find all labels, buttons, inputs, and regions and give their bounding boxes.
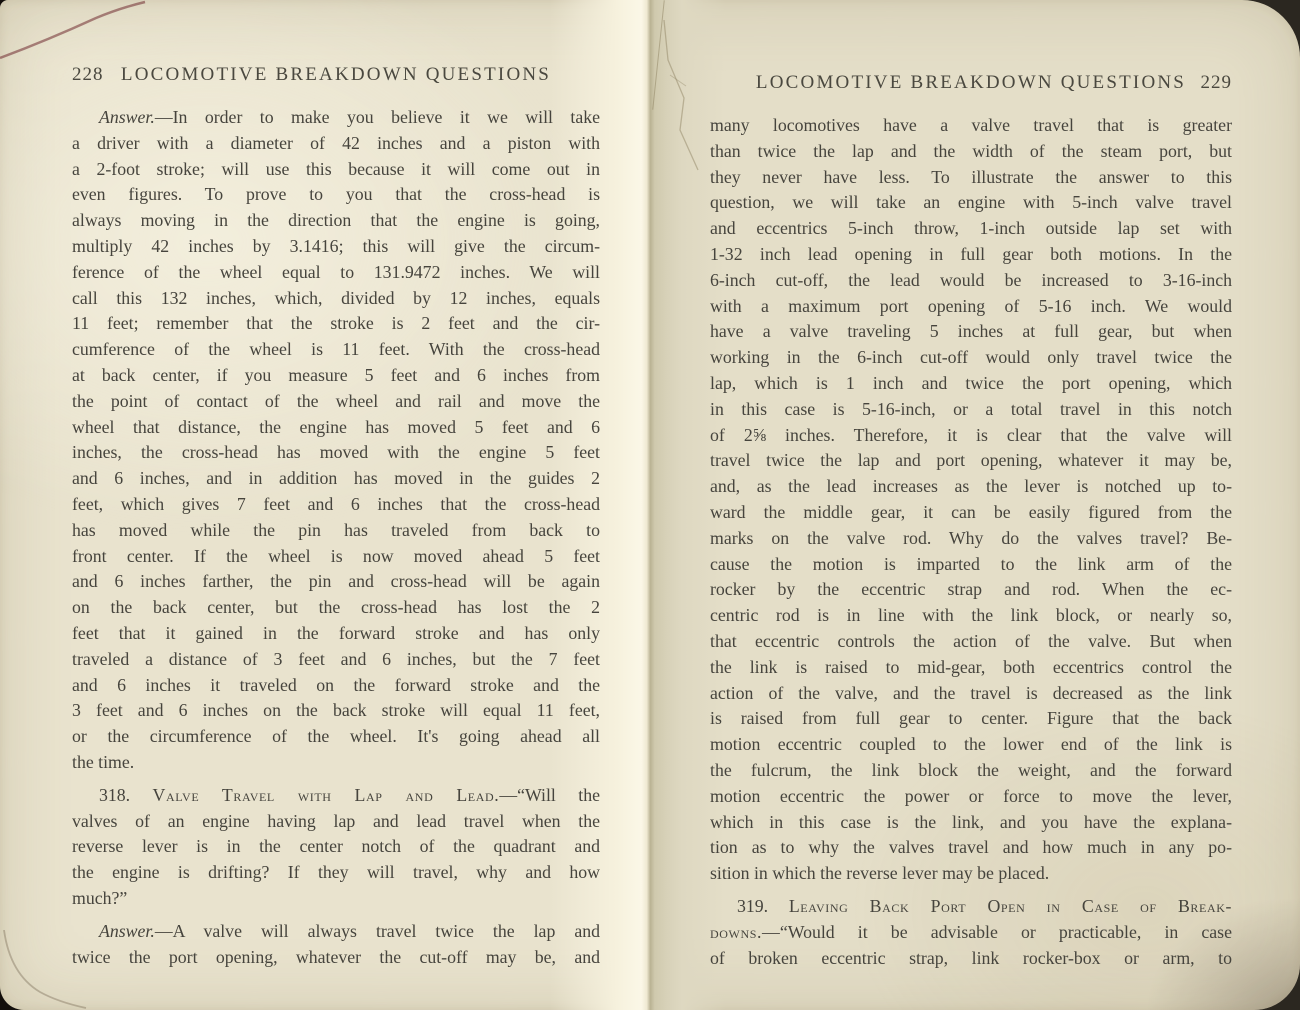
text-line: 3 feet and 6 inches on the back stroke w… — [72, 698, 600, 724]
text-line: of broken eccentric strap, link rocker-b… — [710, 946, 1232, 972]
text-line: 319. Leaving Back Port Open in Case of B… — [710, 894, 1232, 920]
text-line: a driver with a diameter of 42 inches an… — [72, 131, 600, 157]
text-line: travel twice the lap and port opening, w… — [710, 448, 1232, 474]
text-line: multiply 42 inches by 3.1416; this will … — [72, 234, 600, 260]
text-line: ference of the wheel equal to 131.9472 i… — [72, 260, 600, 286]
text-line: a 2-foot stroke; will use this because i… — [72, 157, 600, 183]
text-line: 1-32 inch lead opening in full gear both… — [710, 242, 1232, 268]
text-line: is raised from full gear to center. Figu… — [710, 706, 1232, 732]
text-line: have a valve traveling 5 inches at full … — [710, 319, 1232, 345]
text-line: tion as to why the valves travel and how… — [710, 835, 1232, 861]
page-number: 228 — [72, 62, 104, 88]
left-page: 228 LOCOMOTIVE BREAKDOWN QUESTIONS Answe… — [72, 62, 600, 970]
text-line: feet that it gained in the forward strok… — [72, 621, 600, 647]
text-line: the link is raised to mid-gear, both ecc… — [710, 655, 1232, 681]
text-line: 11 feet; remember that the stroke is 2 f… — [72, 311, 600, 337]
text-line: and eccentrics 5-inch throw, 1-inch outs… — [710, 216, 1232, 242]
text-line: they never have less. To illustrate the … — [710, 165, 1232, 191]
text-line: Answer.—A valve will always travel twice… — [72, 919, 600, 945]
text-line: the engine is drifting? If they will tra… — [72, 860, 600, 886]
right-page: LOCOMOTIVE BREAKDOWN QUESTIONS 229 many … — [710, 70, 1232, 971]
text-line: on the back center, but the cross-head h… — [72, 595, 600, 621]
text-line: lap, which is 1 inch and twice the port … — [710, 371, 1232, 397]
text-line: 6-inch cut-off, the lead would be increa… — [710, 268, 1232, 294]
running-head: LOCOMOTIVE BREAKDOWN QUESTIONS — [72, 62, 600, 88]
text-line: and 6 inches farther, the pin and cross-… — [72, 569, 600, 595]
text-line: reverse lever is in the center notch of … — [72, 834, 600, 860]
text-line: call this 132 inches, which, divided by … — [72, 286, 600, 312]
text-line: traveled a distance of 3 feet and 6 inch… — [72, 647, 600, 673]
text-line: of 2⅝ inches. Therefore, it is clear tha… — [710, 423, 1232, 449]
paragraph: Answer.—In order to make you believe it … — [72, 105, 600, 776]
text-line: Answer.—In order to make you believe it … — [72, 105, 600, 131]
text-line: with a maximum port opening of 5-16 inch… — [710, 294, 1232, 320]
text-line: motion eccentric coupled to the lower en… — [710, 732, 1232, 758]
text-line: ward the middle gear, it can be easily f… — [710, 500, 1232, 526]
paragraph: 319. Leaving Back Port Open in Case of B… — [710, 894, 1232, 971]
text-line: has moved while the pin has traveled fro… — [72, 518, 600, 544]
text-line: the time. — [72, 750, 600, 776]
text-line: motion eccentric the power or force to m… — [710, 784, 1232, 810]
right-page-header: LOCOMOTIVE BREAKDOWN QUESTIONS 229 — [710, 70, 1232, 96]
text-line: and, as the lead increases as the lever … — [710, 474, 1232, 500]
text-line: inches, the cross-head has moved with th… — [72, 440, 600, 466]
scan-background: 228 LOCOMOTIVE BREAKDOWN QUESTIONS Answe… — [0, 0, 1300, 1010]
paragraph: Answer.—A valve will always travel twice… — [72, 919, 600, 971]
text-line: valves of an engine having lap and lead … — [72, 809, 600, 835]
right-page-text: many locomotives have a valve travel tha… — [710, 113, 1232, 971]
text-line: action of the valve, and the travel is d… — [710, 681, 1232, 707]
text-line: rocker by the eccentric strap and rod. W… — [710, 577, 1232, 603]
text-line: much?” — [72, 886, 600, 912]
text-line: question, we will take an engine with 5-… — [710, 190, 1232, 216]
text-line: wheel that distance, the engine has move… — [72, 415, 600, 441]
text-line: the point of contact of the wheel and ra… — [72, 389, 600, 415]
text-line: many locomotives have a valve travel tha… — [710, 113, 1232, 139]
text-line: and 6 inches it traveled on the forward … — [72, 673, 600, 699]
text-line: at back center, if you measure 5 feet an… — [72, 363, 600, 389]
paragraph: many locomotives have a valve travel tha… — [710, 113, 1232, 887]
text-line: which in this case is the link, and you … — [710, 810, 1232, 836]
text-line: cumference of the wheel is 11 feet. With… — [72, 337, 600, 363]
text-line: in this case is 5-16-inch, or a total tr… — [710, 397, 1232, 423]
text-line: downs.—“Would it be advisable or practic… — [710, 920, 1232, 946]
text-line: working in the 6-inch cut-off would only… — [710, 345, 1232, 371]
text-line: 318. Valve Travel with Lap and Lead.—“Wi… — [72, 783, 600, 809]
text-line: or the circumference of the wheel. It's … — [72, 724, 600, 750]
text-line: and 6 inches, and in addition has moved … — [72, 466, 600, 492]
text-line: than twice the lap and the width of the … — [710, 139, 1232, 165]
text-line: always moving in the direction that the … — [72, 208, 600, 234]
left-page-text: Answer.—In order to make you believe it … — [72, 105, 600, 970]
text-line: twice the port opening, whatever the cut… — [72, 945, 600, 971]
text-line: the fulcrum, the link block the weight, … — [710, 758, 1232, 784]
text-line: sition in which the reverse lever may be… — [710, 861, 1232, 887]
text-line: feet, which gives 7 feet and 6 inches th… — [72, 492, 600, 518]
text-line: cause the motion is imparted to the link… — [710, 552, 1232, 578]
left-page-header: 228 LOCOMOTIVE BREAKDOWN QUESTIONS — [72, 62, 600, 88]
page-number: 229 — [1201, 70, 1233, 96]
text-line: centric rod is in line with the link blo… — [710, 603, 1232, 629]
running-head: LOCOMOTIVE BREAKDOWN QUESTIONS — [710, 70, 1232, 96]
paragraph: 318. Valve Travel with Lap and Lead.—“Wi… — [72, 783, 600, 912]
text-line: even figures. To prove to you that the c… — [72, 182, 600, 208]
text-line: front center. If the wheel is now moved … — [72, 544, 600, 570]
text-line: marks on the valve rod. Why do the valve… — [710, 526, 1232, 552]
text-line: that eccentric controls the action of th… — [710, 629, 1232, 655]
